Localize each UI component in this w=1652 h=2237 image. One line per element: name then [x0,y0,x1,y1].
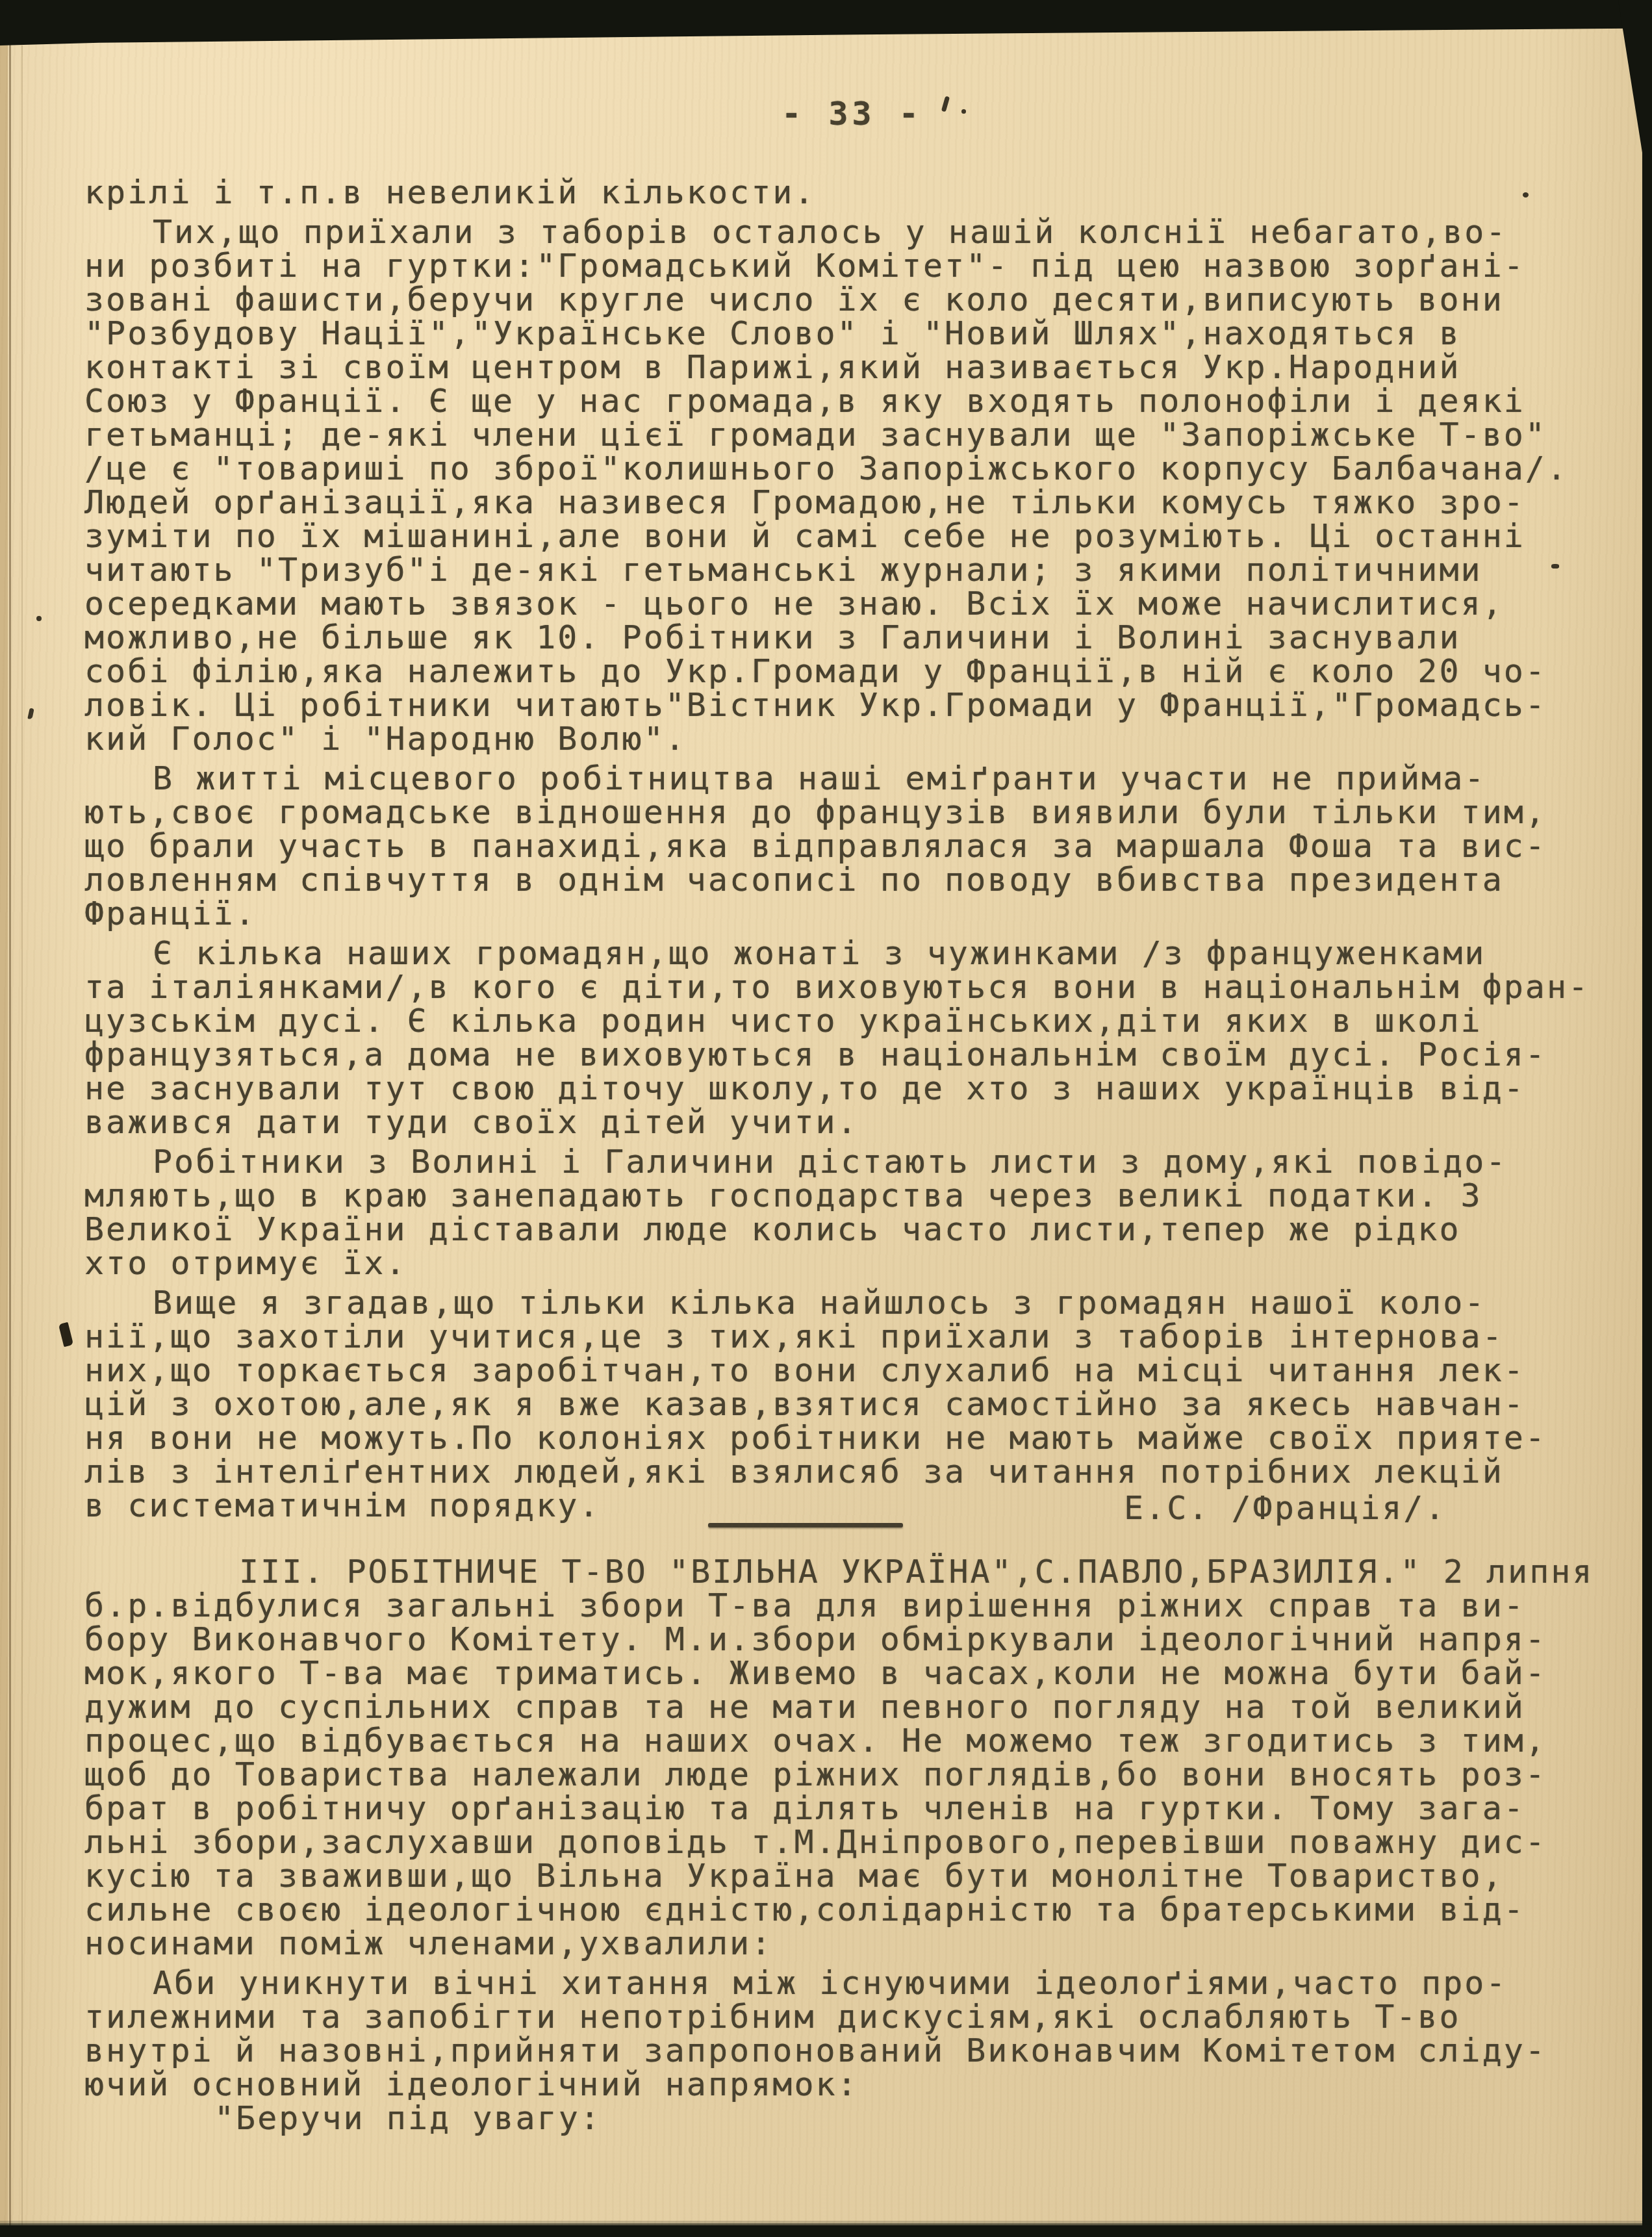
text-line: Є кілька наших громадян,що жонаті з чужи… [84,936,1585,970]
text-line: ючий основний ідеологічний напрямок: [84,2067,1585,2101]
ink-speck [961,109,966,114]
text-line: ни розбиті на гуртки:"Громадський Коміте… [84,249,1585,283]
text-line: Тих,що приїхали з таборів осталось у наш… [84,215,1585,249]
text-line: Робітники з Волині і Галичини дістають л… [84,1145,1585,1179]
text-line: Людей орґанізації,яка називеся Громадою,… [84,485,1585,519]
text-line: Союз у Франції. Є ще у нас громада,в яку… [84,384,1585,418]
text-line: носинами поміж членами,ухвалили: [84,1926,1585,1960]
text-line: кусію та зваживши,що Вільна Україна має … [84,1859,1585,1893]
scan-edge-right [1642,0,1652,2237]
text-line: бору Виконавчого Комітету. М.и.збори обм… [84,1622,1585,1656]
text-line: що брали участь в панахиді,яка відправля… [84,829,1585,863]
text-line: сильне своєю ідеологічною єдністю,соліда… [84,1893,1585,1926]
text-line: нії,що захотіли учитися,це з тих,які при… [84,1320,1585,1353]
text-line: Аби уникнути вічні хитання між існуючими… [84,1966,1585,2000]
text-line: важився дати туди своїх дітей учити. [84,1105,1585,1139]
text-line: хто отримує їх. [84,1246,1585,1280]
text-line: "Розбудову Нації","Українське Слово" і "… [84,316,1585,350]
page-number: - 33 - [26,95,1652,133]
text-line: брат в робітничу орґанізацію та ділять ч… [84,1791,1585,1825]
text-line: них,що торкається заробітчан,то вони слу… [84,1353,1585,1387]
text-line: щоб до Товариства належали люде ріжних п… [84,1758,1585,1791]
text-line: можливо,не більше як 10. Робітники з Гал… [84,620,1585,654]
text-line: не заснували тут свою діточу школу,то де… [84,1071,1585,1105]
ink-speck [36,616,42,621]
text-line: контакті зі своїм центром в Парижі,який … [84,350,1585,384]
text-line: В житті місцевого робітництва наші еміґр… [84,761,1585,795]
text-line: ловленням співчуття в однім часописі по … [84,863,1585,897]
text-line: льні збори,заслухавши доповідь т.М.Дніпр… [84,1825,1585,1859]
signature: Е.С. /Франція/. [1124,1491,1447,1525]
text-line: б.р.відбулися загальні збори Т-ва для ви… [84,1589,1585,1622]
text-line: "Беручи під увагу: [84,2101,1585,2135]
text-line: дужим до суспільних справ та не мати пев… [84,1690,1585,1724]
text-line: лів з інтеліґентних людей,які взялисяб з… [84,1455,1585,1489]
text-line: мляють,що в краю занепадають господарств… [84,1179,1585,1212]
scan-edge-bottom [0,2225,1652,2237]
text-line: тилежними та запобігти непотрібним диску… [84,2000,1585,2034]
text-line: /це є "товариші по зброї"колишнього Запо… [84,452,1585,485]
text-line: зуміти по їх мішанині,але вони й самі се… [84,519,1585,553]
paper-sheet: - 33 - крілі і т.п.в невеликій кількости… [0,0,1652,2237]
text-line: та італіянками/,в кого є діти,то виховую… [84,970,1585,1004]
report-section-brazil: III. РОБІТНИЧЕ Т-ВО "ВІЛЬНА УКРАЇНА",С.П… [84,1555,1585,2135]
text-line: ловік. Ці робітники читають"Вістник Укр.… [84,688,1585,722]
text-line: ня вони не можуть.По колоніях робітники … [84,1421,1585,1455]
text-line: гетьманці; де-які члени цієї громади зас… [84,418,1585,452]
text-line: мок,якого Т-ва має триматись. Живемо в ч… [84,1656,1585,1690]
text-line: III. РОБІТНИЧЕ Т-ВО "ВІЛЬНА УКРАЇНА",С.П… [84,1555,1585,1589]
text-line: Великої України діставали люде колись ча… [84,1212,1585,1246]
text-line: процес,що відбувається на наших очах. Не… [84,1724,1585,1758]
text-line: ють,своє громадське відношення до францу… [84,795,1585,829]
page-fold-line-faint [21,45,23,2229]
text-line: Франції. [84,897,1585,930]
section-divider-rule [708,1523,903,1528]
typewritten-text: крілі і т.п.в невеликій кількости.Тих,що… [84,175,1585,2135]
margin-pen-mark [58,1322,73,1348]
page-fold-line [9,40,11,2237]
text-line: французяться,а дома не виховуються в нац… [84,1038,1585,1071]
ink-speck [27,708,34,719]
text-line: осередками мають звязок - цього не знаю.… [84,587,1585,620]
report-section-france: крілі і т.п.в невеликій кількости.Тих,що… [84,175,1585,1522]
text-line: собі філію,яка належить до Укр.Громади у… [84,654,1585,688]
text-line: Вище я згадав,що тільки кілька найшлось … [84,1286,1585,1320]
text-line: цузськім дусі. Є кілька родин чисто укра… [84,1004,1585,1038]
text-line: зовані фашисти,беручи кругле число їх є … [84,283,1585,316]
scanned-document-page: - 33 - крілі і т.п.в невеликій кількости… [0,0,1652,2237]
text-line: внутрі й назовні,прийняти запропонований… [84,2034,1585,2067]
text-line: цій з охотою,але,як я вже казав,взятися … [84,1387,1585,1421]
text-line: кий Голос" і "Народню Волю". [84,722,1585,756]
text-line: крілі і т.п.в невеликій кількости. [84,175,1585,209]
underlying-page-edge [0,39,8,2237]
text-line: читають "Тризуб"і де-які гетьманські жур… [84,553,1585,587]
